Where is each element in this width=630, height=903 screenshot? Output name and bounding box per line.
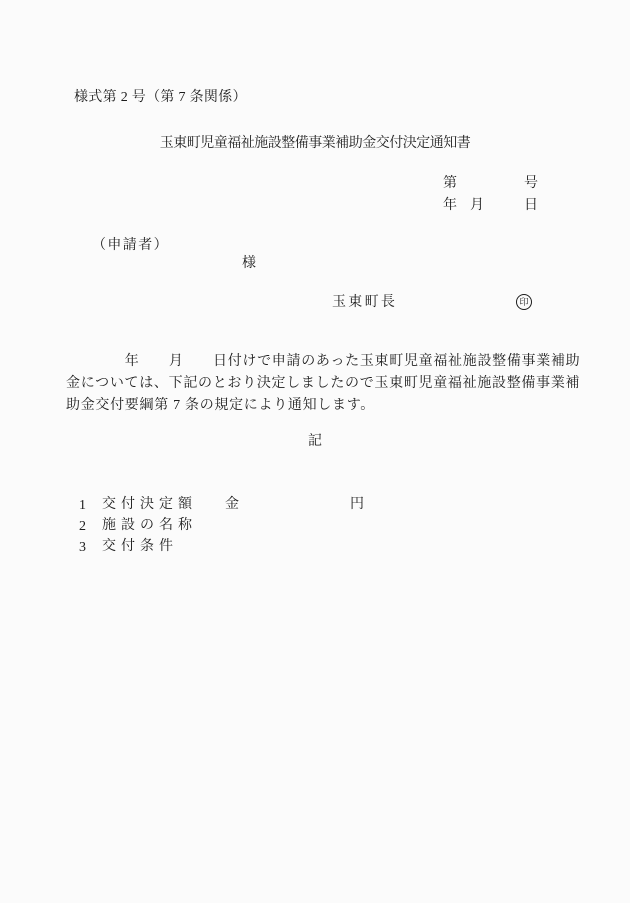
item-label: 交付条件 [102, 540, 178, 554]
date-year-label: 年 [443, 199, 457, 213]
seal-icon: 印 [516, 294, 532, 310]
body-paragraph-line: 年 月 日付けで申請のあった玉東町児童福祉施設整備事業補助 [66, 355, 580, 369]
addressee-honorific: 様 [242, 257, 256, 271]
body-paragraph-line: 助金交付要綱第 7 条の規定により通知します。 [66, 399, 375, 413]
item-label: 施設の名称 [102, 519, 197, 533]
form-code-label: 様式第 2 号（第 7 条関係） [74, 91, 247, 105]
item-number: 2 [79, 520, 86, 534]
item-number: 1 [79, 499, 86, 513]
date-day-label: 日 [524, 199, 538, 213]
date-month-label: 月 [470, 199, 484, 213]
document-page: 様式第 2 号（第 7 条関係） 玉東町児童福祉施設整備事業補助金交付決定通知書… [0, 0, 630, 903]
body-paragraph-line: 金については、下記のとおり決定しましたので玉東町児童福祉施設整備事業補 [66, 377, 580, 391]
issuer-title: 玉東町長 [332, 296, 397, 310]
record-heading: 記 [0, 435, 630, 449]
item-label: 交付決定額 [102, 498, 197, 512]
applicant-label: （申請者） [92, 239, 169, 253]
doc-number-prefix: 第 [443, 177, 457, 191]
item-number: 3 [79, 541, 86, 555]
amount-prefix: 金 [225, 498, 239, 512]
doc-number-suffix: 号 [524, 177, 538, 191]
amount-suffix: 円 [350, 498, 364, 512]
document-title: 玉東町児童福祉施設整備事業補助金交付決定通知書 [0, 137, 630, 151]
